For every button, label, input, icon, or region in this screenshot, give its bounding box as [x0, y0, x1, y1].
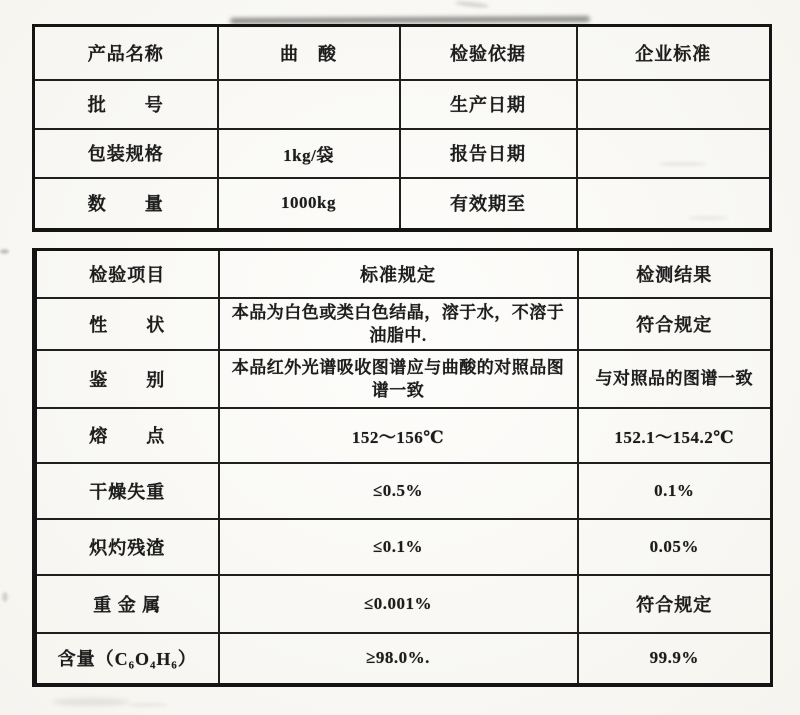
appearance-result: 符合规定 — [578, 298, 772, 350]
melting-point-result: 152.1～154.2℃ — [578, 408, 772, 463]
table-row: 产品名称 曲 酸 检验依据 企业标准 — [34, 26, 771, 80]
table-row: 包装规格 1kg/袋 报告日期 — [34, 129, 771, 178]
col-result-header: 检测结果 — [578, 250, 772, 298]
identification-item-label: 鉴 别 — [35, 350, 219, 408]
scan-smudge-artifact — [230, 16, 590, 24]
inspection-results-table: 检验项目 标准规定 检测结果 性 状 本品为白色或类白色结晶，溶于水，不溶于油脂… — [32, 248, 773, 687]
inspection-basis-label: 检验依据 — [400, 26, 577, 80]
batch-number-label: 批 号 — [34, 80, 218, 129]
scan-mark-artifact — [455, 0, 489, 9]
scanned-inspection-report-page: 产品名称 曲 酸 检验依据 企业标准 批 号 生产日期 包装规格 1kg/袋 报… — [0, 0, 800, 715]
assay-item-label: 含量（C₆O₄H₆） — [35, 633, 219, 685]
table-header-row: 检验项目 标准规定 检测结果 — [35, 250, 772, 298]
melting-point-standard: 152～156℃ — [219, 408, 578, 463]
report-date-label: 报告日期 — [400, 129, 577, 178]
row-ignition-residue: 炽灼残渣 ≤0.1% 0.05% — [35, 519, 772, 575]
heavy-metals-result: 符合规定 — [578, 575, 772, 633]
table-row: 批 号 生产日期 — [34, 80, 771, 129]
product-name-label: 产品名称 — [34, 26, 218, 80]
quantity-label: 数 量 — [34, 178, 218, 230]
row-assay: 含量（C₆O₄H₆） ≥98.0%. 99.9% — [35, 633, 772, 685]
heavy-metals-standard: ≤0.001% — [219, 575, 578, 633]
packaging-spec-label: 包装规格 — [34, 129, 218, 178]
loss-on-drying-standard: ≤0.5% — [219, 463, 578, 519]
report-date-value — [577, 129, 771, 178]
loss-on-drying-item-label: 干燥失重 — [35, 463, 219, 519]
melting-point-item-label: 熔 点 — [35, 408, 219, 463]
identification-standard: 本品红外光谱吸收图谱应与曲酸的对照品图谱一致 — [219, 350, 578, 408]
assay-result: 99.9% — [578, 633, 772, 685]
scan-mark-artifact — [128, 703, 168, 707]
identification-result: 与对照品的图谱一致 — [578, 350, 772, 408]
assay-standard: ≥98.0%. — [219, 633, 578, 685]
appearance-standard: 本品为白色或类白色结晶，溶于水，不溶于油脂中. — [219, 298, 578, 350]
quantity-value: 1000kg — [218, 178, 400, 230]
heavy-metals-item-label: 重 金 属 — [35, 575, 219, 633]
row-heavy-metals: 重 金 属 ≤0.001% 符合规定 — [35, 575, 772, 633]
production-date-value — [577, 80, 771, 129]
scan-mark-artifact — [2, 592, 8, 602]
row-melting-point: 熔 点 152～156℃ 152.1～154.2℃ — [35, 408, 772, 463]
expiry-date-value — [577, 178, 771, 230]
appearance-item-label: 性 状 — [35, 298, 219, 350]
batch-number-value — [218, 80, 400, 129]
col-inspection-item-header: 检验项目 — [35, 250, 219, 298]
expiry-date-label: 有效期至 — [400, 178, 577, 230]
row-appearance: 性 状 本品为白色或类白色结晶，溶于水，不溶于油脂中. 符合规定 — [35, 298, 772, 350]
product-name-value: 曲 酸 — [218, 26, 400, 80]
ignition-residue-item-label: 炽灼残渣 — [35, 519, 219, 575]
ignition-residue-standard: ≤0.1% — [219, 519, 578, 575]
scan-smudge-artifact — [52, 698, 130, 706]
packaging-spec-value: 1kg/袋 — [218, 129, 400, 178]
loss-on-drying-result: 0.1% — [578, 463, 772, 519]
col-standard-header: 标准规定 — [219, 250, 578, 298]
inspection-basis-value: 企业标准 — [577, 26, 771, 80]
table-row: 数 量 1000kg 有效期至 — [34, 178, 771, 230]
row-loss-on-drying: 干燥失重 ≤0.5% 0.1% — [35, 463, 772, 519]
product-info-table: 产品名称 曲 酸 检验依据 企业标准 批 号 生产日期 包装规格 1kg/袋 报… — [32, 24, 772, 232]
production-date-label: 生产日期 — [400, 80, 577, 129]
row-identification: 鉴 别 本品红外光谱吸收图谱应与曲酸的对照品图谱一致 与对照品的图谱一致 — [35, 350, 772, 408]
scan-mark-artifact — [0, 249, 9, 254]
ignition-residue-result: 0.05% — [578, 519, 772, 575]
